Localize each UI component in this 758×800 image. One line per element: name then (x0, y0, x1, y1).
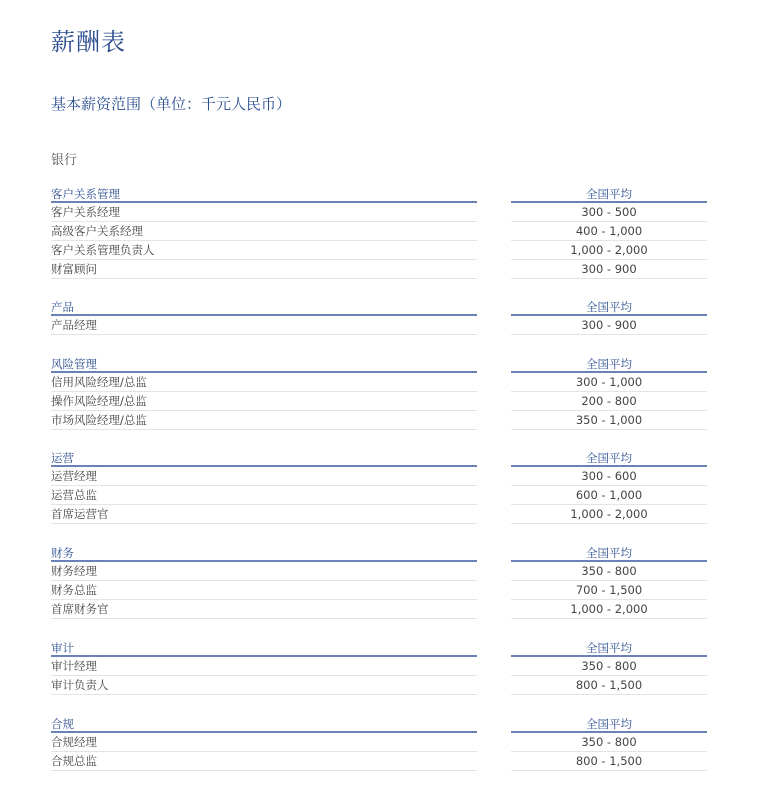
salary-range-cell: 350 - 800 (511, 657, 707, 676)
section-header: 财务 (51, 545, 477, 562)
job-title-cell: 市场风险经理/总监 (51, 411, 477, 430)
national-average-header: 全国平均 (511, 299, 707, 316)
job-title-column: 产品产品经理 (51, 299, 477, 335)
section-header: 合规 (51, 716, 477, 733)
national-average-header: 全国平均 (511, 640, 707, 657)
salary-range-cell: 400 - 1,000 (511, 222, 707, 241)
job-title-cell: 运营总监 (51, 486, 477, 505)
job-title-cell: 合规经理 (51, 733, 477, 752)
section-header: 客户关系管理 (51, 186, 477, 203)
job-title-cell: 财务总监 (51, 581, 477, 600)
job-title-cell: 产品经理 (51, 316, 477, 335)
job-title-column: 客户关系管理客户关系经理高级客户关系经理客户关系管理负责人财富顾问 (51, 186, 477, 279)
section-header: 产品 (51, 299, 477, 316)
national-average-column: 全国平均350 - 800800 - 1,500 (511, 640, 707, 695)
salary-range-cell: 350 - 1,000 (511, 411, 707, 430)
job-title-cell: 信用风险经理/总监 (51, 373, 477, 392)
job-title-cell: 首席运营官 (51, 505, 477, 524)
salary-range-cell: 350 - 800 (511, 733, 707, 752)
salary-range-cell: 800 - 1,500 (511, 676, 707, 695)
salary-range-cell: 300 - 1,000 (511, 373, 707, 392)
national-average-header: 全国平均 (511, 356, 707, 373)
salary-range-subtitle: 基本薪资范围（单位：千元人民币） (51, 93, 291, 114)
salary-range-cell: 350 - 800 (511, 562, 707, 581)
national-average-column: 全国平均300 - 600600 - 1,0001,000 - 2,000 (511, 450, 707, 524)
national-average-header: 全国平均 (511, 186, 707, 203)
salary-range-cell: 800 - 1,500 (511, 752, 707, 771)
job-title-cell: 合规总监 (51, 752, 477, 771)
national-average-header: 全国平均 (511, 450, 707, 467)
national-average-column: 全国平均350 - 800700 - 1,5001,000 - 2,000 (511, 545, 707, 619)
section-header: 审计 (51, 640, 477, 657)
job-title-column: 合规合规经理合规总监 (51, 716, 477, 771)
national-average-header: 全国平均 (511, 716, 707, 733)
job-title-cell: 运营经理 (51, 467, 477, 486)
national-average-header: 全国平均 (511, 545, 707, 562)
job-title-cell: 审计经理 (51, 657, 477, 676)
category-label: 银行 (51, 149, 77, 168)
section-header: 风险管理 (51, 356, 477, 373)
salary-range-cell: 300 - 600 (511, 467, 707, 486)
section-header: 运营 (51, 450, 477, 467)
salary-range-cell: 300 - 900 (511, 316, 707, 335)
salary-range-cell: 1,000 - 2,000 (511, 600, 707, 619)
salary-range-cell: 300 - 500 (511, 203, 707, 222)
page-title: 薪酬表 (51, 22, 126, 57)
job-title-cell: 审计负责人 (51, 676, 477, 695)
salary-range-cell: 200 - 800 (511, 392, 707, 411)
job-title-column: 风险管理信用风险经理/总监操作风险经理/总监市场风险经理/总监 (51, 356, 477, 430)
job-title-cell: 财务经理 (51, 562, 477, 581)
salary-range-cell: 700 - 1,500 (511, 581, 707, 600)
job-title-column: 运营运营经理运营总监首席运营官 (51, 450, 477, 524)
job-title-cell: 高级客户关系经理 (51, 222, 477, 241)
job-title-cell: 客户关系经理 (51, 203, 477, 222)
salary-range-cell: 1,000 - 2,000 (511, 505, 707, 524)
national-average-column: 全国平均300 - 1,000200 - 800350 - 1,000 (511, 356, 707, 430)
national-average-column: 全国平均300 - 900 (511, 299, 707, 335)
job-title-cell: 操作风险经理/总监 (51, 392, 477, 411)
job-title-cell: 首席财务官 (51, 600, 477, 619)
job-title-column: 审计审计经理审计负责人 (51, 640, 477, 695)
national-average-column: 全国平均350 - 800800 - 1,500 (511, 716, 707, 771)
salary-range-cell: 300 - 900 (511, 260, 707, 279)
salary-range-cell: 1,000 - 2,000 (511, 241, 707, 260)
national-average-column: 全国平均300 - 500400 - 1,0001,000 - 2,000300… (511, 186, 707, 279)
salary-range-cell: 600 - 1,000 (511, 486, 707, 505)
job-title-cell: 财富顾问 (51, 260, 477, 279)
job-title-column: 财务财务经理财务总监首席财务官 (51, 545, 477, 619)
job-title-cell: 客户关系管理负责人 (51, 241, 477, 260)
